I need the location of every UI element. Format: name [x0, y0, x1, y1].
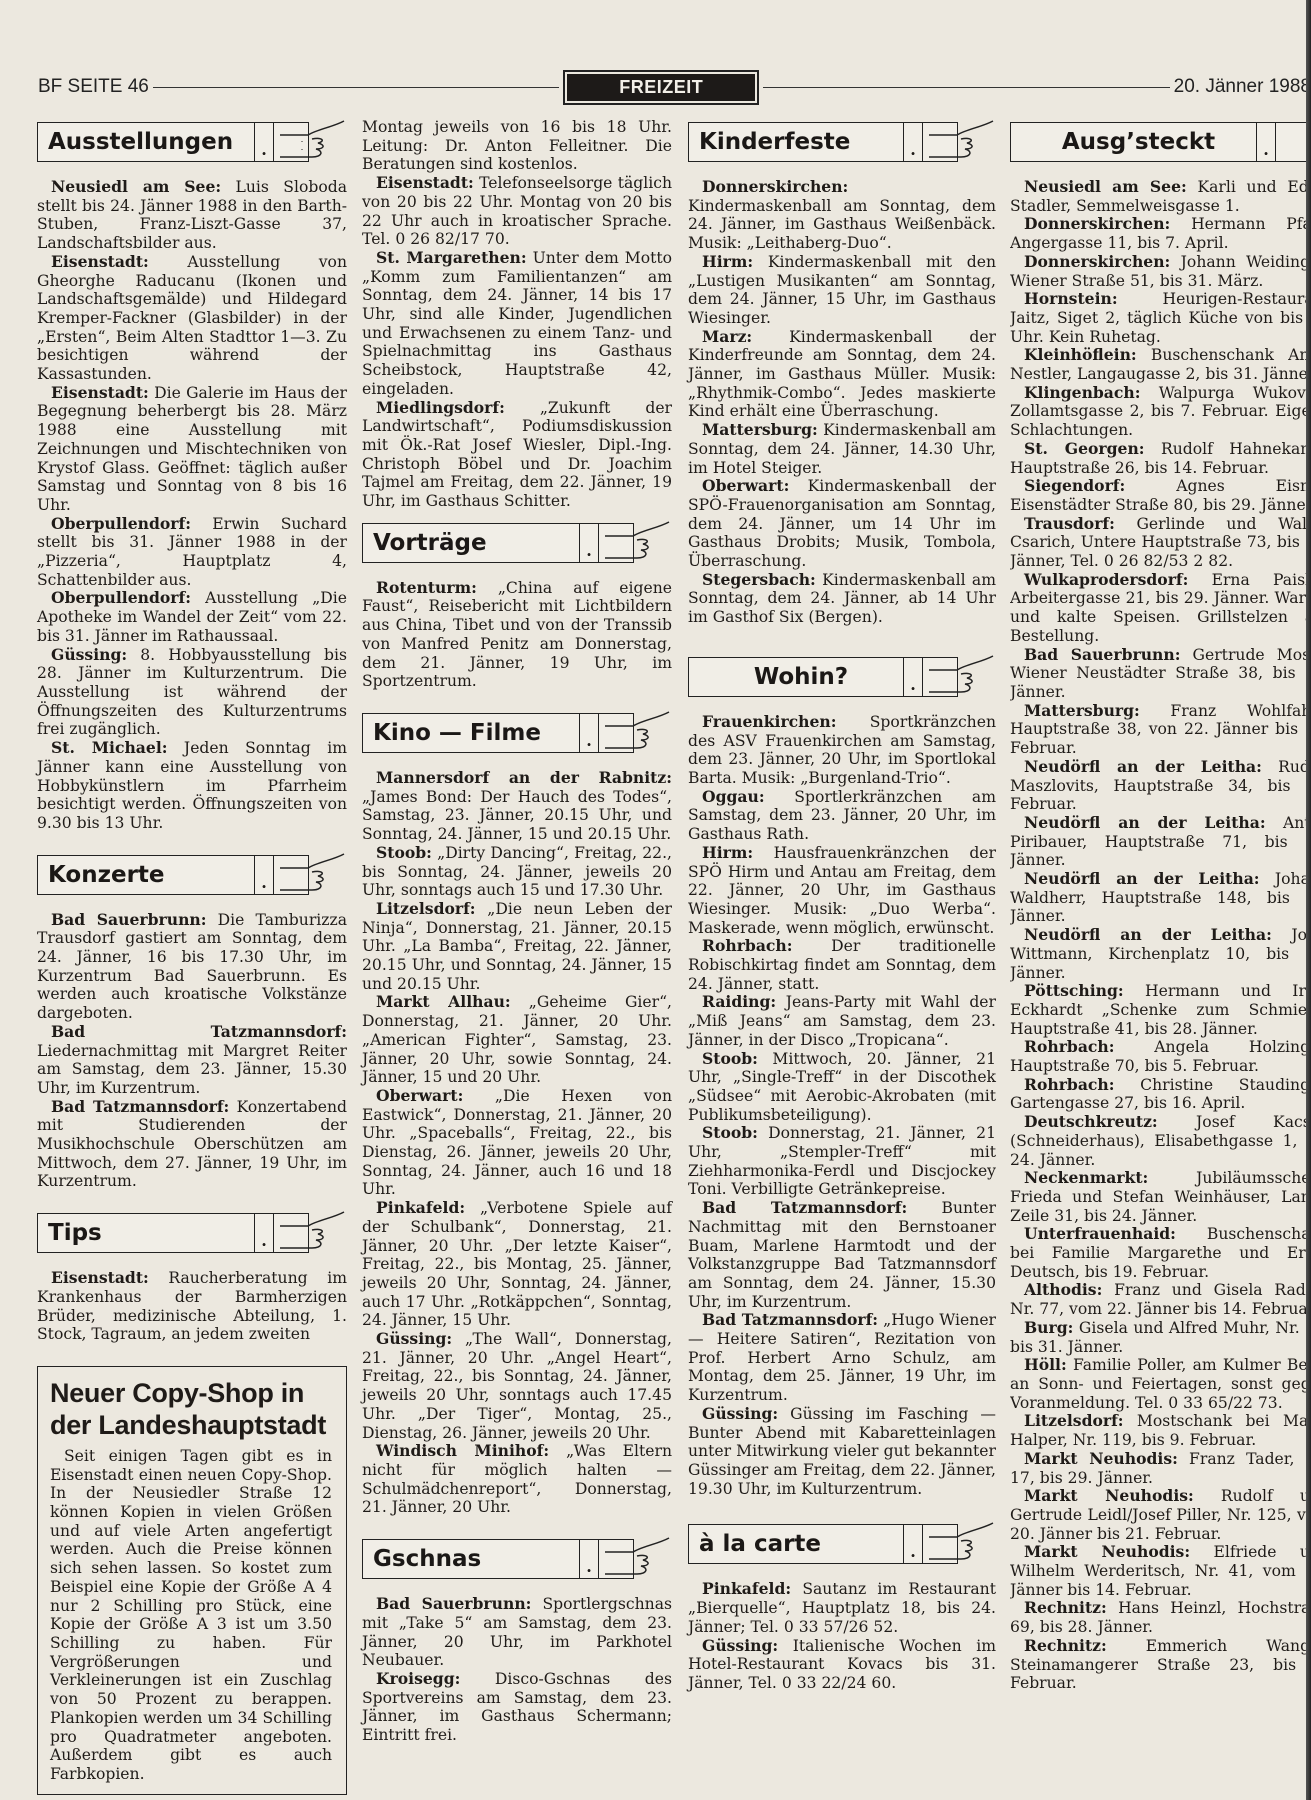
listing-entry: Deutschkreutz: Josef Kacsits (Schneiderh…: [1010, 1113, 1311, 1169]
place-name: Eisenstadt:: [51, 1268, 149, 1287]
listing-entry: Wulkaprodersdorf: Erna Paisler, Arbeiter…: [1010, 571, 1311, 646]
listing-entry: Oberwart: Kindermaskenball der SPÖ-Fraue…: [688, 477, 996, 571]
listing-entry: Markt Allhau: „Geheime Gier“, Donnerstag…: [362, 993, 672, 1087]
issue-date: 20. Jänner 1988: [1174, 76, 1311, 98]
heading-wohin: Wohin? .: [688, 657, 958, 697]
listing-entry: Oggau: Sportlerkränzchen am Samstag, dem…: [688, 788, 996, 844]
listing-entry: Mattersburg: Kindermaskenball am Sonntag…: [688, 421, 996, 477]
article-headline: Neuer Copy-Shop in der Landeshauptstadt: [50, 1377, 332, 1441]
dot-marker: .: [579, 714, 599, 752]
listing-entry: Donnerskirchen: Kindermaskenball am Sonn…: [688, 178, 996, 253]
place-name: Rohrbach:: [1024, 1075, 1115, 1094]
place-name: Stegersbach:: [702, 570, 816, 589]
place-name: Güssing:: [702, 1636, 778, 1655]
listing-entry: Marz: Kindermaskenball der Kinderfreunde…: [688, 328, 996, 422]
place-name: Güssing:: [51, 645, 127, 664]
listing-entry: Unterfrauenhaid: Buschenschank bei Famil…: [1010, 1225, 1311, 1281]
listing-entry: Stoob: „Dirty Dancing“, Freitag, 22., bi…: [362, 844, 672, 900]
listing-entry: Hornstein: Heurigen-Restaurant Jaitz, Si…: [1010, 290, 1311, 346]
heading-label: Wohin?: [689, 658, 903, 696]
place-name: Hirm:: [702, 843, 753, 862]
listing-entry: St. Margarethen: Unter dem Motto „Komm z…: [362, 249, 672, 399]
place-name: Kleinhöflein:: [1024, 345, 1137, 364]
ausstellungen-entries: Neusiedl am See: Luis Sloboda stellt bis…: [37, 178, 347, 833]
listing-entry: Pinkafeld: Sautanz im Restaurant „Bierqu…: [688, 1580, 996, 1636]
listing-entry: St. Michael: Jeden Sonntag im Jänner kan…: [37, 739, 347, 833]
place-name: Markt Neuhodis:: [1024, 1486, 1194, 1505]
listing-entry: Neudörfl an der Leitha: Josef Wittmann, …: [1010, 926, 1311, 982]
place-name: Markt Allhau:: [376, 992, 511, 1011]
listing-entry: Pinkafeld: „Verbotene Spiele auf der Sch…: [362, 1199, 672, 1330]
place-name: Frauenkirchen:: [702, 712, 837, 731]
listing-entry: Rohrbach: Der traditionelle Robischkirta…: [688, 937, 996, 993]
place-name: St. Michael:: [51, 738, 168, 757]
place-name: Neckenmarkt:: [1024, 1168, 1148, 1187]
heading-kino-filme: Kino — Filme .: [362, 713, 634, 753]
listing-entry: Stegersbach: Kindermaskenball am Sonntag…: [688, 571, 996, 627]
listing-entry: Donnerskirchen: Johann Weidinger, Wiener…: [1010, 253, 1311, 290]
listing-entry: Bad Sauerbrunn: Die Tamburizza Trausdorf…: [37, 911, 347, 1023]
place-name: Oggau:: [702, 787, 765, 806]
place-name: Bad Sauerbrunn:: [1024, 645, 1180, 664]
place-name: Rechnitz:: [1024, 1598, 1107, 1617]
heading-label: Ausstellungen: [38, 123, 254, 161]
place-name: Kroisegg:: [376, 1669, 460, 1688]
place-name: Bad Tatzmannsdorf:: [51, 1022, 347, 1041]
dot-marker: .: [254, 123, 274, 161]
listing-entry: Kroisegg: Disco-Gschnas des Sportvereins…: [362, 1670, 672, 1745]
place-name: Wulkaprodersdorf:: [1024, 570, 1188, 589]
place-name: Neudörfl an der Leitha:: [1024, 757, 1262, 776]
listing-entry: Neckenmarkt: Jubiläumsschenk Frieda und …: [1010, 1169, 1311, 1225]
listing-entry: Neusiedl am See: Luis Sloboda stellt bis…: [37, 178, 347, 253]
pointing-hand-icon: [603, 518, 673, 566]
listing-entry: Litzelsdorf: Mostschank bei Maria Halper…: [1010, 1412, 1311, 1449]
pointing-hand-icon: [278, 850, 348, 898]
place-name: Mattersburg:: [1024, 701, 1140, 720]
pointing-hand-icon: [603, 1534, 673, 1582]
place-name: Oberpullendorf:: [51, 588, 191, 607]
listing-entry: Güssing: „The Wall“, Donnerstag, 21. Jän…: [362, 1330, 672, 1442]
listing-entry: Bad Tatzmannsdorf: Bunter Nachmittag mit…: [688, 1199, 996, 1311]
listing-entry: Donnerskirchen: Hermann Pfalz, Angergass…: [1010, 215, 1311, 252]
listing-text: Die Galerie im Haus der Begegnung beherb…: [37, 384, 347, 514]
place-name: Mattersburg:: [702, 420, 818, 439]
listing-text: Ausstellung von Gheorghe Raducanu (Ikone…: [37, 253, 347, 383]
listing-entry: Rotenturm: „China auf eigene Faust“, Rei…: [362, 579, 672, 691]
place-name: Marz:: [702, 327, 752, 346]
heading-tips: Tips .: [37, 1213, 309, 1253]
listing-entry: Neudörfl an der Leitha: Johann Waldherr,…: [1010, 870, 1311, 926]
listing-entry: Mattersburg: Franz Wohlfahrt, Hauptstraß…: [1010, 702, 1311, 758]
ausgsteckt-entries: Neusiedl am See: Karli und Edith Stadler…: [1010, 178, 1311, 1693]
column-3: Kinderfeste . Donnerskirchen: Kindermask…: [688, 118, 996, 1693]
place-name: Trausdorf:: [1024, 514, 1115, 533]
place-name: Donnerskirchen:: [702, 177, 848, 196]
heading-gschnas: Gschnas .: [362, 1539, 634, 1579]
place-name: Litzelsdorf:: [1024, 1411, 1124, 1430]
listing-entry: Neusiedl am See: Karli und Edith Stadler…: [1010, 178, 1311, 215]
listing-entry: Güssing: Güssing im Fasching — Bunter Ab…: [688, 1405, 996, 1499]
listing-entry: St. Georgen: Rudolf Hahnekamp, Hauptstra…: [1010, 440, 1311, 477]
place-name: Markt Neuhodis:: [1024, 1542, 1190, 1561]
listing-entry: Klingenbach: Walpurga Wukovits, Zollamts…: [1010, 384, 1311, 440]
heading-label: Ausg’steckt: [1011, 123, 1256, 161]
place-name: Neudörfl an der Leitha:: [1024, 925, 1272, 944]
place-name: Neusiedl am See:: [1024, 177, 1187, 196]
place-name: Bad Tatzmannsdorf:: [51, 1097, 229, 1116]
place-name: Bad Tatzmannsdorf:: [702, 1198, 907, 1217]
heading-ausstellungen: Ausstellungen .: [37, 122, 309, 162]
listing-entry: Bad Tatzmannsdorf: „Hugo Wiener — Heiter…: [688, 1311, 996, 1405]
dot-marker: .: [903, 123, 923, 161]
listing-entry: Miedlingsdorf: „Zukunft der Landwirtscha…: [362, 399, 672, 511]
listing-entry: Bad Tatzmannsdorf: Konzertabend mit Stud…: [37, 1098, 347, 1192]
listing-entry: Rohrbach: Angela Holzinger, Hauptstraße …: [1010, 1038, 1311, 1075]
listing-entry: Oberpullendorf: Erwin Suchard stellt bis…: [37, 515, 347, 590]
dot-marker: .: [903, 658, 923, 696]
listing-entry: Frauenkirchen: Sportkränzchen des ASV Fr…: [688, 713, 996, 788]
listing-entry: Rohrbach: Christine Staudinger, Gartenga…: [1010, 1076, 1311, 1113]
listing-entry: Rechnitz: Emmerich Wanger, Steinamangere…: [1010, 1637, 1311, 1693]
listing-entry: Rechnitz: Hans Heinzl, Hochstraße 69, bi…: [1010, 1599, 1311, 1636]
place-name: Neusiedl am See:: [51, 177, 221, 196]
listing-entry: Neudörfl an der Leitha: Rudolf Maszlovit…: [1010, 758, 1311, 814]
place-name: Oberpullendorf:: [51, 514, 191, 533]
listing-text: Kindermaskenball am Sonntag, dem 24. Jän…: [688, 197, 996, 252]
listing-entry: Althodis: Franz und Gisela Radits, Nr. 7…: [1010, 1281, 1311, 1318]
listing-text: „Verbotene Spiele auf der Schulbank“, Do…: [362, 1199, 672, 1329]
place-name: Mannersdorf an der Rabnitz:: [376, 768, 672, 787]
header-rule-left: [153, 87, 559, 88]
header-rule-right: [763, 87, 1169, 88]
place-name: Bad Sauerbrunn:: [376, 1594, 531, 1613]
place-name: Bad Sauerbrunn:: [51, 910, 207, 929]
heading-ausgsteckt: Ausg’steckt .: [1010, 122, 1311, 162]
pointing-hand-icon: [278, 117, 348, 165]
place-name: Neudörfl an der Leitha:: [1024, 869, 1260, 888]
heading-label: à la carte: [689, 1525, 903, 1563]
place-name: Eisenstadt:: [376, 173, 474, 192]
heading-a-la-carte: à la carte .: [688, 1524, 958, 1564]
listing-entry: Oberwart: „Die Hexen von Eastwick“, Donn…: [362, 1087, 672, 1199]
place-name: Eisenstadt:: [51, 383, 149, 402]
listing-entry: Pöttsching: Hermann und Irma Eckhardt „S…: [1010, 982, 1311, 1038]
place-name: Güssing:: [702, 1404, 778, 1423]
place-name: Bad Tatzmannsdorf:: [702, 1310, 878, 1329]
heading-label: Kinderfeste: [689, 123, 903, 161]
listing-entry: Markt Neuhodis: Elfriede und Wilhelm Wer…: [1010, 1543, 1311, 1599]
dot-marker: .: [1256, 123, 1276, 161]
listing-entry: Trausdorf: Gerlinde und Walter Csarich, …: [1010, 515, 1311, 571]
section-label: FREIZEIT: [567, 74, 755, 101]
heading-vortraege: Vorträge .: [362, 523, 634, 563]
listing-entry: Güssing: Italienische Wochen im Hotel-Re…: [688, 1637, 996, 1693]
listing-entry: Bad Tatzmannsdorf: Liedernachmittag mit …: [37, 1023, 347, 1098]
listing-entry: Stoob: Donnerstag, 21. Jänner, 21 Uhr, „…: [688, 1124, 996, 1199]
place-name: Windisch Minihof:: [376, 1441, 549, 1460]
listing-entry: Siegendorf: Agnes Eisner, Eisenstädter S…: [1010, 477, 1311, 514]
page-number: BF SEITE 46: [38, 76, 149, 98]
listing-entry: Windisch Minihof: „Was Eltern nicht für …: [362, 1442, 672, 1517]
dot-marker: .: [579, 1540, 599, 1578]
listing-text: Montag jeweils von 16 bis 18 Uhr. Leitun…: [362, 118, 672, 173]
pointing-hand-icon: [927, 652, 997, 700]
place-name: Rotenturm:: [376, 578, 477, 597]
place-name: Pinkafeld:: [702, 1579, 791, 1598]
listing-entry: Kleinhöflein: Buschenschank Anita Nestle…: [1010, 346, 1311, 383]
heading-konzerte: Konzerte .: [37, 855, 309, 895]
place-name: Donnerskirchen:: [1024, 252, 1170, 271]
pointing-hand-icon: [927, 1519, 997, 1567]
place-name: Siegendorf:: [1024, 476, 1125, 495]
heading-label: Konzerte: [38, 856, 254, 894]
heading-label: Gschnas: [363, 1540, 579, 1578]
place-name: Oberwart:: [376, 1086, 463, 1105]
place-name: Stoob:: [376, 843, 432, 862]
listing-entry: Höll: Familie Poller, am Kulmer Berg, an…: [1010, 1356, 1311, 1412]
listing-entry: Litzelsdorf: „Die neun Leben der Ninja“,…: [362, 900, 672, 994]
place-name: Hirm:: [702, 252, 753, 271]
page-header: BF SEITE 46 FREIZEIT 20. Jänner 1988: [38, 72, 1311, 102]
place-name: St. Georgen:: [1024, 439, 1145, 458]
place-name: Unterfrauenhaid:: [1024, 1224, 1176, 1243]
place-name: Oberwart:: [702, 476, 789, 495]
place-name: Höll:: [1024, 1355, 1067, 1374]
dot-marker: .: [579, 524, 599, 562]
section-label-box: FREIZEIT: [563, 70, 759, 105]
place-name: Burg:: [1024, 1318, 1073, 1337]
listing-entry: Hirm: Hausfrauenkränzchen der SPÖ Hirm u…: [688, 844, 996, 938]
listing-entry: Oberpullendorf: Ausstellung „Die Apothek…: [37, 589, 347, 645]
heading-label: Vorträge: [363, 524, 579, 562]
place-name: Stoob:: [702, 1123, 758, 1142]
place-name: Althodis:: [1024, 1280, 1102, 1299]
place-name: Raiding:: [702, 992, 776, 1011]
listing-entry: Neudörfl an der Leitha: Anton Piribauer,…: [1010, 814, 1311, 870]
place-name: St. Margarethen:: [376, 248, 527, 267]
listing-entry: Stoob: Mittwoch, 20. Jänner, 21 Uhr, „Si…: [688, 1050, 996, 1125]
listing-entry: Bad Sauerbrunn: Gertrude Moser, Wiener N…: [1010, 646, 1311, 702]
listing-entry: Bad Sauerbrunn: Sportlergschnas mit „Tak…: [362, 1595, 672, 1670]
place-name: Stoob:: [702, 1049, 758, 1068]
place-name: Rohrbach:: [702, 936, 793, 955]
place-name: Eisenstadt:: [51, 252, 149, 271]
pointing-hand-icon: [603, 708, 673, 756]
dot-marker: .: [903, 1525, 923, 1563]
place-name: Miedlingsdorf:: [376, 398, 505, 417]
listing-entry: Eisenstadt: Ausstellung von Gheorghe Rad…: [37, 253, 347, 384]
place-name: Rechnitz:: [1024, 1636, 1107, 1655]
place-name: Deutschkreutz:: [1024, 1112, 1158, 1131]
heading-label: Kino — Filme: [363, 714, 579, 752]
column-1: Ausstellungen . Neusiedl am See: Luis Sl…: [37, 118, 347, 1795]
place-name: Pöttsching:: [1024, 981, 1124, 1000]
pointing-hand-icon: [927, 117, 997, 165]
column-2: Montag jeweils von 16 bis 18 Uhr. Leitun…: [362, 118, 672, 1745]
place-name: Neudörfl an der Leitha:: [1024, 813, 1266, 832]
place-name: Pinkafeld:: [376, 1198, 465, 1217]
listing-text: Unter dem Motto „Komm zum Familientanzen…: [362, 249, 672, 398]
listing-entry: Markt Neuhodis: Rudolf und Gertrude Leid…: [1010, 1487, 1311, 1543]
pointing-hand-icon: [278, 1208, 348, 1256]
listing-entry: Mannersdorf an der Rabnitz: „James Bond:…: [362, 769, 672, 844]
listing-entry: Eisenstadt: Die Galerie im Haus der Bege…: [37, 384, 347, 515]
listing-entry: Eisenstadt: Telefonseelsorge täglich von…: [362, 174, 672, 249]
dot-marker: .: [254, 1214, 274, 1252]
heading-kinderfeste: Kinderfeste .: [688, 122, 958, 162]
listing-entry: Raiding: Jeans-Party mit Wahl der „Miß J…: [688, 993, 996, 1049]
listing-text: Liedernachmittag mit Margret Reiter am S…: [37, 1042, 347, 1097]
article-body: Seit einigen Tagen gibt es in Eisenstadt…: [50, 1447, 332, 1784]
listing-entry: Hirm: Kindermaskenball mit den „Lustigen…: [688, 253, 996, 328]
place-name: Rohrbach:: [1024, 1037, 1115, 1056]
listing-entry: Burg: Gisela und Alfred Muhr, Nr. 71, bi…: [1010, 1319, 1311, 1356]
heading-label: Tips: [38, 1214, 254, 1252]
place-name: Hornstein:: [1024, 289, 1118, 308]
place-name: Donnerskirchen:: [1024, 214, 1170, 233]
listing-entry: Eisenstadt: Raucherberatung im Krankenha…: [37, 1269, 347, 1344]
dot-marker: .: [254, 856, 274, 894]
listing-entry: Montag jeweils von 16 bis 18 Uhr. Leitun…: [362, 118, 672, 174]
column-4: Ausg’steckt . Neusiedl am See: Karli und…: [1010, 118, 1311, 1693]
listing-text: „James Bond: Der Hauch des Todes“, Samst…: [362, 788, 672, 843]
place-name: Markt Neuhodis:: [1024, 1449, 1178, 1468]
listing-entry: Markt Neuhodis: Franz Tader, Nr. 17, bis…: [1010, 1450, 1311, 1487]
place-name: Klingenbach:: [1024, 383, 1141, 402]
place-name: Güssing:: [376, 1329, 452, 1348]
copyshop-article-box: Neuer Copy-Shop in der Landeshauptstadt …: [37, 1366, 347, 1795]
page-binding-edge: [1306, 0, 1311, 1800]
listing-entry: Güssing: 8. Hobbyausstellung bis 28. Jän…: [37, 646, 347, 740]
place-name: Litzelsdorf:: [376, 899, 476, 918]
